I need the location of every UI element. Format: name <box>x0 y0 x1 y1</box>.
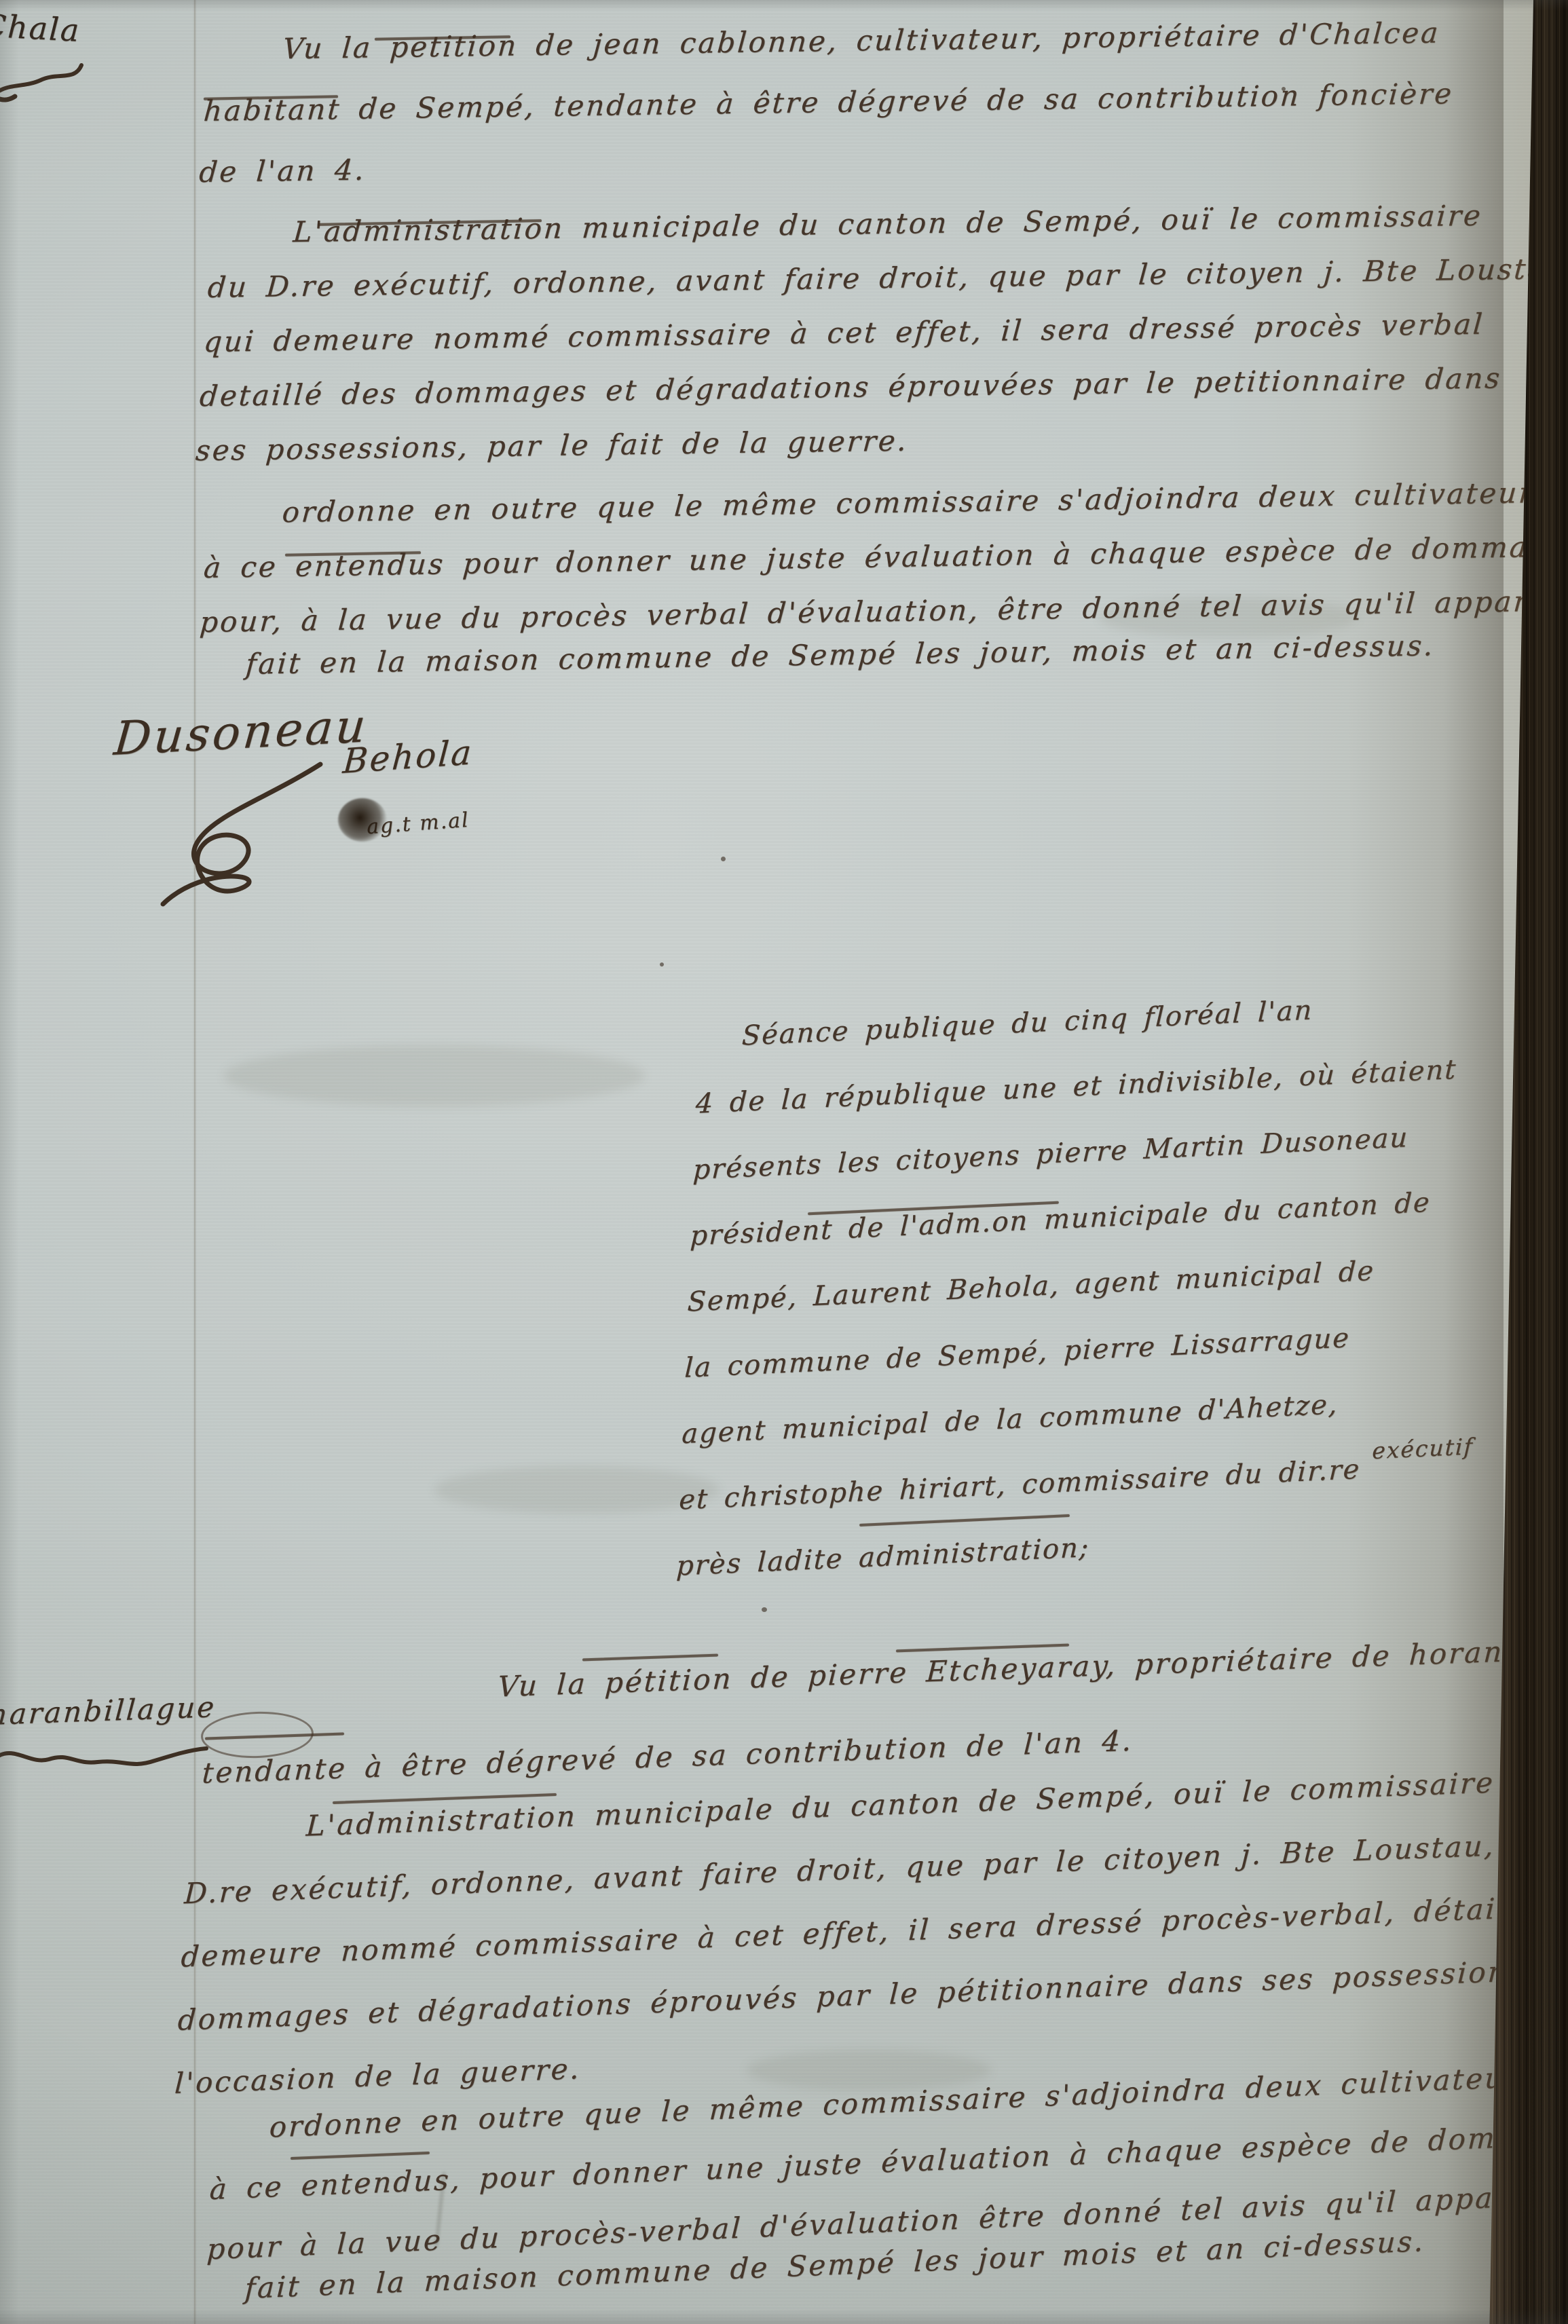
ink-speck <box>721 857 726 861</box>
signature-text: Dusoneau <box>112 699 371 766</box>
entry2-seance-paragraph: Séance publique du cinq floréal l'an 4 d… <box>675 969 1493 1600</box>
signature-text: Behola <box>341 732 474 781</box>
margin-note-property: haranbillague <box>0 1690 217 1731</box>
inserted-word: exécutif <box>1372 1433 1474 1464</box>
show-through-smudge <box>224 1045 645 1106</box>
ink-blot <box>338 798 387 842</box>
show-through-smudge <box>434 1466 720 1514</box>
signature-paraph-icon <box>143 760 333 916</box>
margin-flourish-icon <box>0 1742 212 1774</box>
manuscript-page: Chala Vu la petition de jean cablonne, c… <box>0 0 1568 2324</box>
margin-note-text: haranbillague <box>0 1690 217 1731</box>
entry1-paragraph-1: Vu la petition de jean cablonne, cultiva… <box>197 2 1460 203</box>
manuscript-line-text: et christophe hiriart, commissaire du di… <box>678 1454 1361 1516</box>
ink-speck <box>660 962 664 967</box>
ink-speck <box>1282 87 1286 91</box>
signature-president: Dusoneau <box>112 699 371 766</box>
entry1-paragraph-2: L'administration municipale du canton de… <box>193 187 1568 478</box>
margin-flourish-icon <box>0 39 143 114</box>
ink-speck <box>762 1607 767 1612</box>
signature-agent: Behola <box>341 732 474 781</box>
entry1-paragraph-3: ordonne en outre que le même commissaire… <box>198 464 1568 650</box>
